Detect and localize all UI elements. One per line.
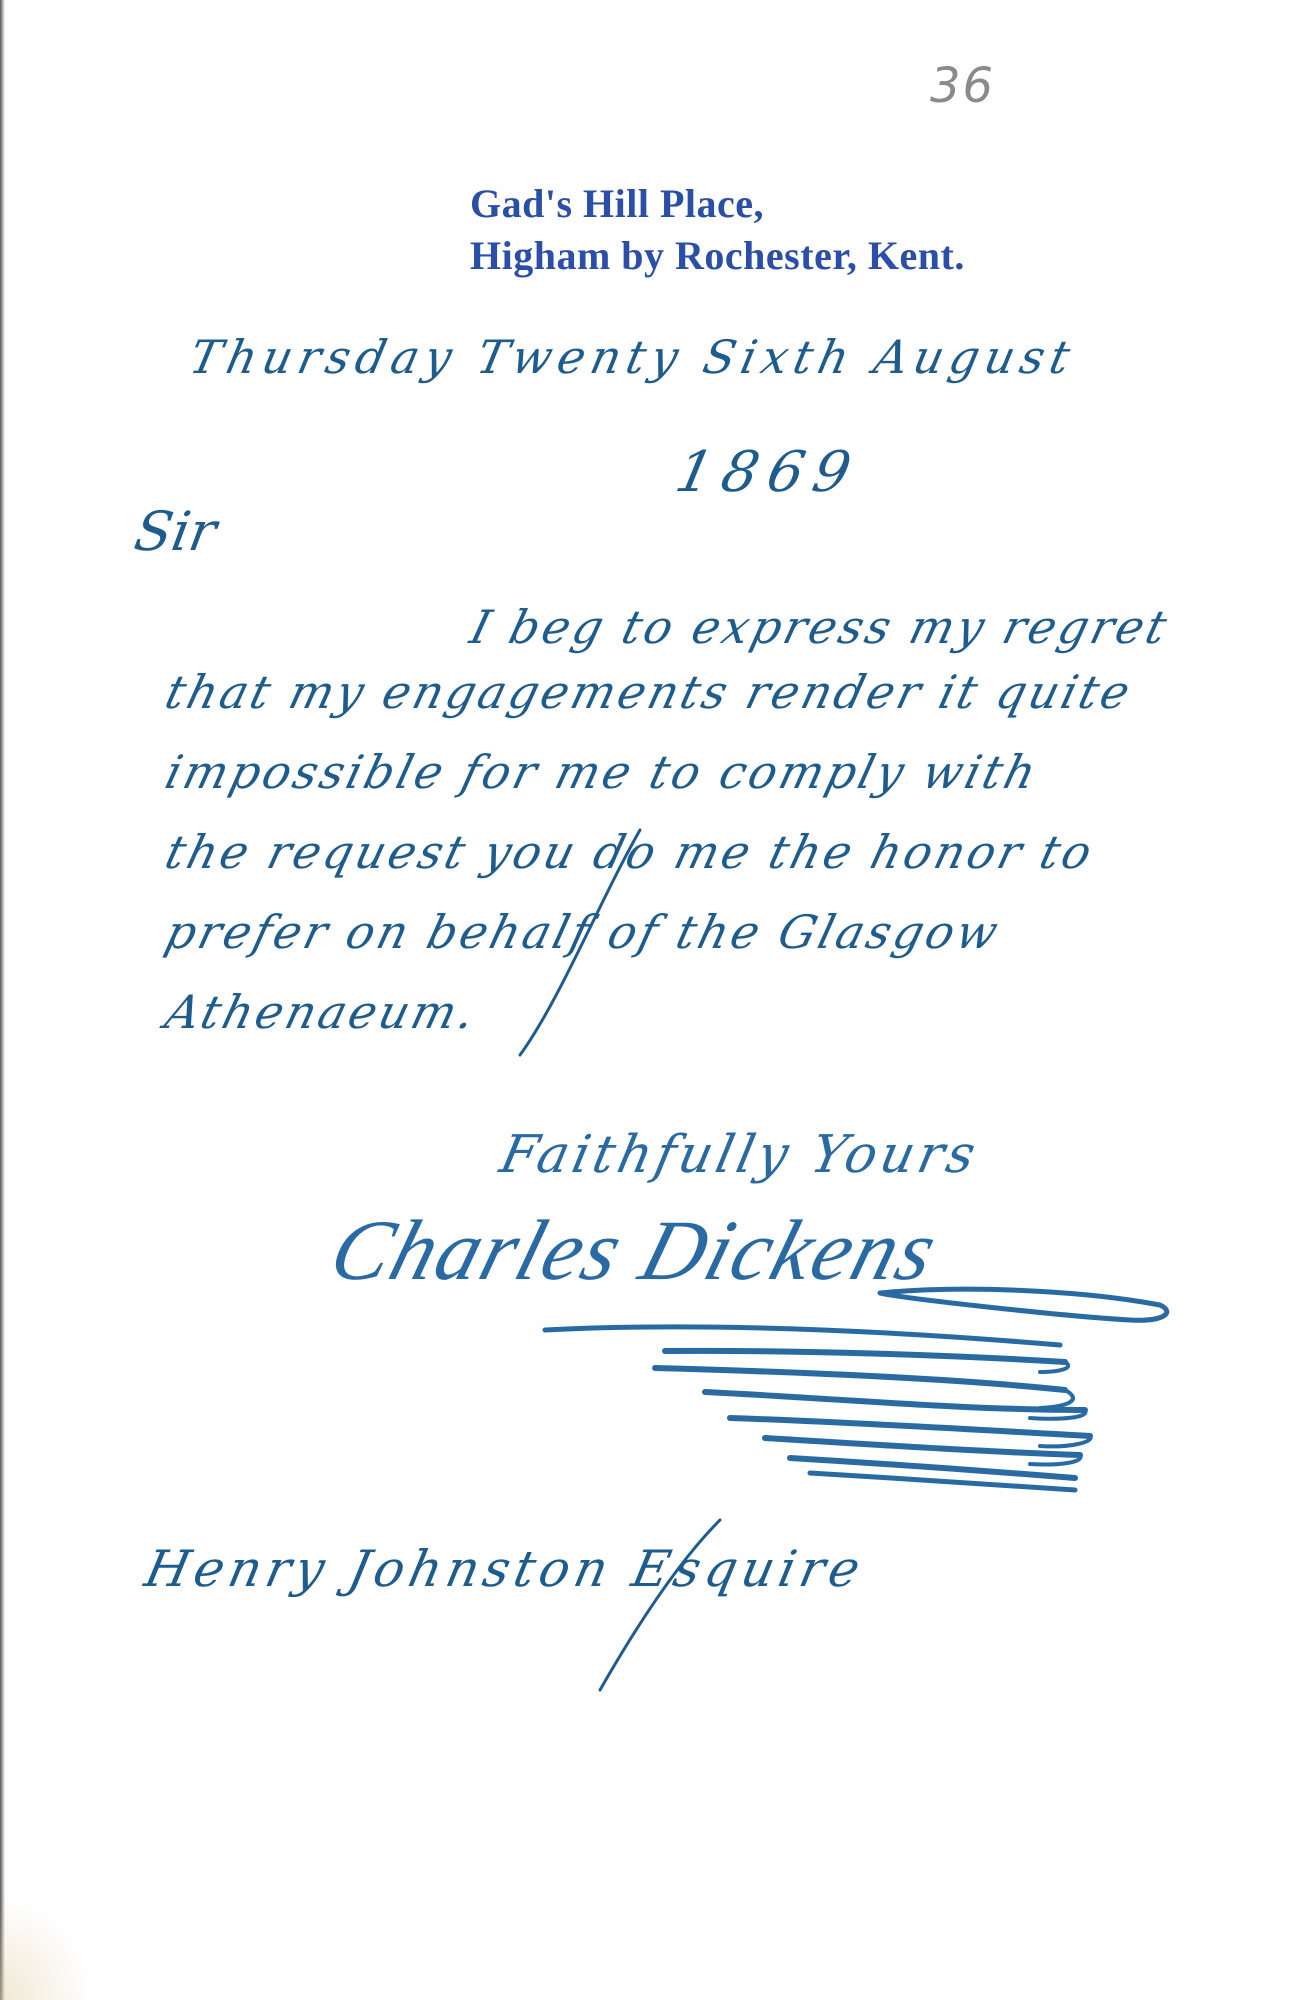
salutation: Sir — [130, 500, 221, 563]
date-year: 1869 — [670, 440, 866, 505]
paper-stain — [0, 1900, 90, 2000]
date-line: Thursday Twenty Sixth August — [185, 330, 1081, 384]
addressee: Henry Johnston Esquire — [140, 1540, 870, 1598]
folio-number: 36 — [930, 58, 995, 114]
letterhead-line-1: Gad's Hill Place, — [470, 178, 965, 230]
body-line: I beg to express my regret — [465, 600, 1175, 654]
body-line: Athenaeum. — [160, 985, 483, 1039]
signature: Charles Dickens — [320, 1200, 950, 1300]
page-edge-shadow — [0, 0, 5, 2000]
letterhead-line-2: Higham by Rochester, Kent. — [470, 230, 965, 282]
letterhead: Gad's Hill Place, Higham by Rochester, K… — [470, 178, 965, 282]
body-line: impossible for me to comply with — [160, 745, 1045, 799]
closing: Faithfully Yours — [495, 1125, 984, 1185]
body-line: that my engagements render it quite — [160, 665, 1138, 719]
body-line: the request you do me the honor to — [160, 825, 1100, 879]
letter-page: 36 Gad's Hill Place, Higham by Rochester… — [0, 0, 1299, 2000]
body-line: prefer on behalf of the Glasgow — [160, 905, 1006, 959]
